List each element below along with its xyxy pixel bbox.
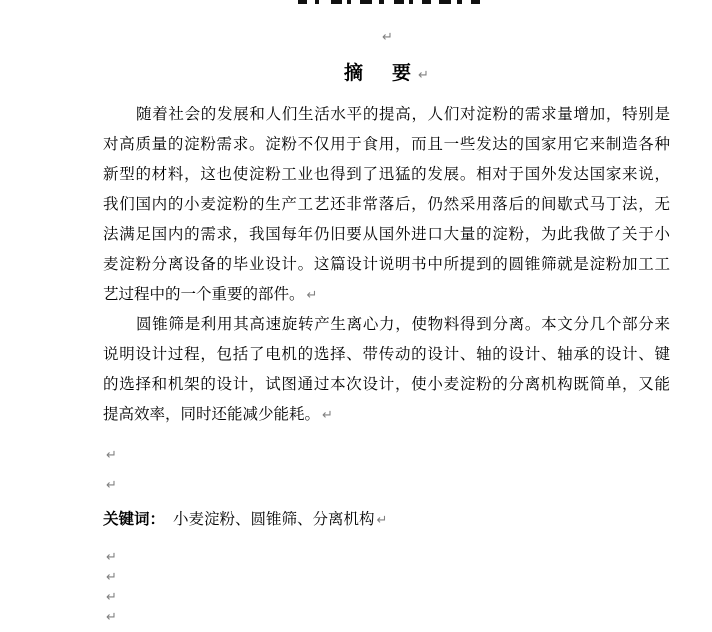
abstract-heading-text: 摘 要 <box>344 63 416 84</box>
paragraph-line[interactable]: 法满足国内的需求，我国每年仍旧要从国外进口大量的淀粉，为此我做了关于小 <box>103 220 670 250</box>
paragraph-mark-icon: ↵ <box>106 590 117 605</box>
paragraph-1[interactable]: 随着社会的发展和人们生活水平的提高，人们对淀粉的需求量增加，特别是 对高质量的淀… <box>103 100 670 310</box>
paragraph-line[interactable]: 圆锥筛是利用其高速旋转产生离心力，使物料得到分离。本文分几个部分来 <box>103 310 670 340</box>
paragraph-2[interactable]: 圆锥筛是利用其高速旋转产生离心力，使物料得到分离。本文分几个部分来 说明设计过程… <box>103 310 670 430</box>
paragraph-mark-icon: ↵ <box>106 478 117 493</box>
paragraph-mark-icon: ↵ <box>106 570 117 585</box>
paragraph-line[interactable]: 的选择和机架的设计，试图通过本次设计，使小麦淀粉的分离机构既简单，又能 <box>103 370 670 400</box>
paragraph-mark-icon: ↵ <box>322 408 333 423</box>
empty-line: ↵ <box>104 470 164 500</box>
paragraph-mark-icon: ↵ <box>106 448 117 463</box>
trailing-empty-lines: ↵ ↵ ↵ ↵ <box>104 547 164 627</box>
paragraph-mark-icon: ↵ <box>418 68 429 83</box>
paragraph-line[interactable]: 我们国内的小麦淀粉的生产工艺还非常落后，仍然采用落后的间歇式马丁法，无 <box>103 190 670 220</box>
paragraph-mark-icon: ↵ <box>106 550 117 565</box>
paragraph-line[interactable]: 提高效率，同时还能减少能耗。↵ <box>103 400 670 430</box>
clipped-title-remnant <box>298 0 488 5</box>
keywords-label: 关键词： <box>103 511 165 528</box>
paragraph-mark-icon: ↵ <box>307 288 318 303</box>
empty-line: ↵ <box>104 587 164 607</box>
paragraph-mark-icon: ↵ <box>106 610 117 625</box>
empty-line: ↵ <box>104 440 164 470</box>
paragraph-line[interactable]: 麦淀粉分离设备的毕业设计。这篇设计说明书中所提到的圆锥筛就是淀粉加工工 <box>103 250 670 280</box>
paragraph-line[interactable]: 对高质量的淀粉需求。淀粉不仅用于食用，而且一些发达的国家用它来制造各种 <box>103 130 670 160</box>
paragraph-line[interactable]: 新型的材料，这也使淀粉工业也得到了迅猛的发展。相对于国外发达国家来说， <box>103 160 670 190</box>
keywords-line[interactable]: 关键词：小麦淀粉、圆锥筛、分离机构↵ <box>103 505 670 535</box>
empty-line: ↵ <box>103 26 670 48</box>
paragraph-mark-icon: ↵ <box>382 30 393 45</box>
keywords-text[interactable]: 小麦淀粉、圆锥筛、分离机构 <box>173 511 375 528</box>
paragraph-line[interactable]: 艺过程中的一个重要的部件。↵ <box>103 280 670 310</box>
document-page[interactable]: ↵ 摘 要↵ 随着社会的发展和人们生活水平的提高，人们对淀粉的需求量增加，特别是… <box>0 0 712 632</box>
paragraph-line[interactable]: 随着社会的发展和人们生活水平的提高，人们对淀粉的需求量增加，特别是 <box>103 100 670 130</box>
empty-line: ↵ <box>104 567 164 587</box>
paragraph-mark-icon: ↵ <box>377 513 388 528</box>
empty-line: ↵ <box>104 607 164 627</box>
abstract-heading: 摘 要↵ <box>103 58 670 90</box>
paragraph-line[interactable]: 说明设计过程，包括了电机的选择、带传动的设计、轴的设计、轴承的设计、键 <box>103 340 670 370</box>
empty-lines: ↵ ↵ <box>104 440 164 500</box>
empty-line: ↵ <box>104 547 164 567</box>
